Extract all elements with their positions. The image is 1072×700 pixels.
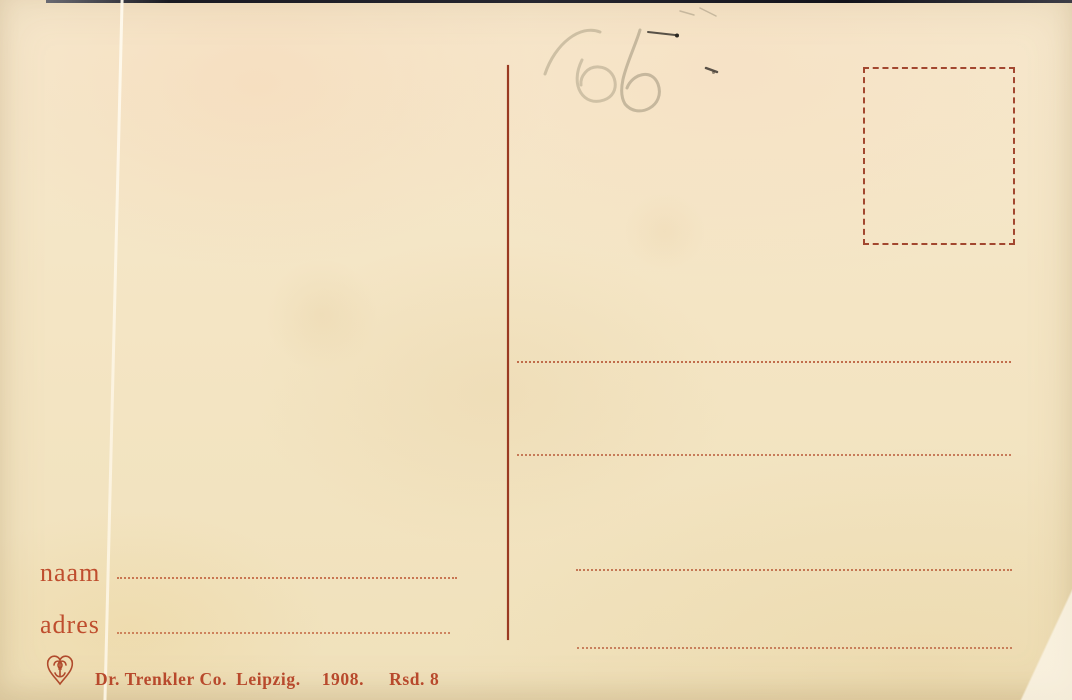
address-dotted-line bbox=[576, 569, 1012, 571]
postcard-back: naam adres Dr. Trenkler Co. Leipzig. 190… bbox=[0, 0, 1072, 700]
address-dotted-line bbox=[517, 361, 1011, 363]
name-dotted-line bbox=[117, 577, 457, 579]
address-dotted-line-left bbox=[117, 632, 450, 634]
address-label: adres bbox=[40, 612, 100, 638]
address-dotted-line bbox=[577, 647, 1012, 649]
paper-speck bbox=[712, 71, 715, 74]
imprint-code: Rsd. 8 bbox=[389, 669, 439, 690]
pencil-handwriting bbox=[520, 2, 790, 132]
imprint-publisher: Dr. Trenkler Co. bbox=[95, 669, 227, 690]
stamp-box bbox=[863, 67, 1015, 245]
printer-imprint: Dr. Trenkler Co. Leipzig. 1908. Rsd. 8 bbox=[95, 669, 439, 690]
address-dotted-line bbox=[517, 454, 1011, 456]
divider-line bbox=[507, 65, 509, 640]
corner-wear bbox=[1012, 585, 1072, 700]
fold-crease bbox=[103, 0, 123, 700]
name-label: naam bbox=[40, 560, 100, 586]
imprint-year: 1908. bbox=[322, 669, 364, 690]
imprint-city: Leipzig. bbox=[236, 669, 301, 690]
trenkler-logo-icon bbox=[44, 652, 76, 686]
